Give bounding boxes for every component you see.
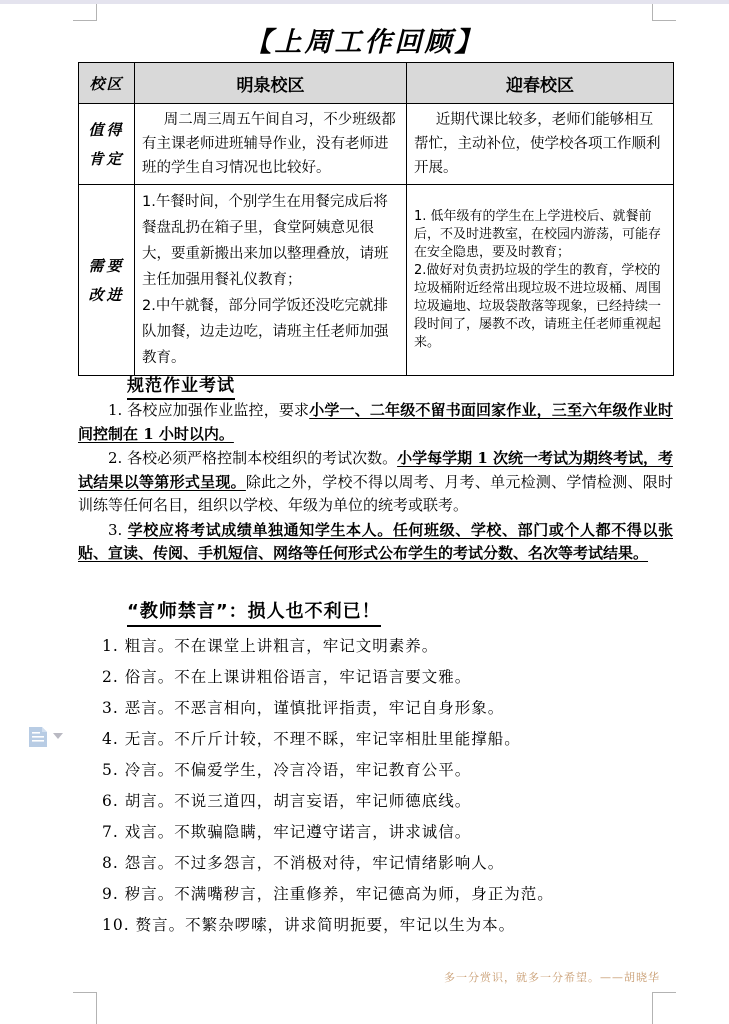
paragraph-text: 1. 各校应加强作业监控，要求	[108, 401, 309, 419]
table-header-row: 校区 明泉校区 迎春校区	[79, 63, 674, 104]
document-title: 【上周工作回顾】	[0, 20, 729, 59]
row-label-line: 改进	[86, 284, 127, 305]
table-corner-header: 校区	[79, 63, 135, 104]
row-label-line: 肯定	[86, 148, 127, 169]
homework-exam-section-heading: 规范作业考试	[127, 371, 235, 400]
teacher-taboo-list: 1. 粗言。不在课堂上讲粗言，牢记文明素养。 2. 俗言。不在上课讲粗俗语言，牢…	[102, 638, 667, 948]
taboo-item-4: 4. 无言。不斤斤计较，不理不睬，牢记宰相肚里能撑船。	[102, 731, 667, 747]
paste-options-icon[interactable]	[28, 726, 48, 748]
table-header-yingchun-campus: 迎春校区	[407, 63, 674, 104]
taboo-item-10: 10. 赘言。不繁杂啰嗦，讲求简明扼要，牢记以生为本。	[102, 917, 667, 933]
footer-quote: 多一分赏识，就多一分希望。——胡晓华	[444, 969, 660, 985]
margin-mark-bottom-right	[652, 992, 676, 993]
teacher-taboo-section-heading: “教师禁言”：损人也不利已！	[127, 597, 381, 627]
row-label-needs-improvement: 需要 改进	[79, 185, 135, 376]
paragraph-emphasis: 学校应将考试成绩单独通知学生本人。任何班级、学校、部门或个人都不得以张贴、宣读、…	[78, 521, 673, 563]
homework-paragraph-2: 2. 各校必须严格控制本校组织的考试次数。小学每学期 1 次统一考试为期终考试，…	[78, 447, 673, 518]
margin-mark-top-left	[96, 4, 97, 21]
taboo-item-5: 5. 冷言。不偏爱学生，冷言冷语，牢记教育公平。	[102, 762, 667, 778]
cell-paragraph: 近期代课比较多，老师们能够相互帮忙，主动补位，使学校各项工作顺利开展。	[414, 108, 666, 180]
weekly-review-table: 校区 明泉校区 迎春校区 值得 肯定 周二周三周五午间自习，不少班级都有主课老师…	[78, 62, 674, 376]
cell-yingchun-affirm: 近期代课比较多，老师们能够相互帮忙，主动补位，使学校各项工作顺利开展。	[407, 104, 674, 185]
cell-paragraph: 2.做好对负责扔垃圾的学生的教育，学校的垃圾桶附近经常出现垃圾不进垃圾桶、周围垃…	[414, 262, 666, 352]
taboo-item-1: 1. 粗言。不在课堂上讲粗言，牢记文明素养。	[102, 638, 667, 654]
margin-mark-bottom-right	[652, 992, 653, 1024]
cell-paragraph: 1. 低年级有的学生在上学进校后、就餐前后，不及时进教室，在校园内游荡，可能存在…	[414, 208, 666, 262]
table-row-needs-improvement: 需要 改进 1.午餐时间，个别学生在用餐完成后将餐盘乱扔在箱子里，食堂阿姨意见很…	[79, 185, 674, 376]
paragraph-text: 2. 各校必须严格控制本校组织的考试次数。	[108, 449, 397, 467]
homework-paragraph-3: 3. 学校应将考试成绩单独通知学生本人。任何班级、学校、部门或个人都不得以张贴、…	[78, 519, 673, 566]
table-row-worth-affirming: 值得 肯定 周二周三周五午间自习，不少班级都有主课老师进班辅导作业，没有老师进班…	[79, 104, 674, 185]
homework-exam-paragraphs: 1. 各校应加强作业监控，要求小学一、二年级不留书面回家作业，三至六年级作业时间…	[78, 399, 673, 567]
cell-paragraph: 1.午餐时间，个别学生在用餐完成后将餐盘乱扔在箱子里，食堂阿姨意见很大，要重新搬…	[142, 189, 399, 293]
taboo-item-2: 2. 俗言。不在上课讲粗俗语言，牢记语言要文雅。	[102, 669, 667, 685]
margin-mark-bottom-left	[96, 992, 97, 1024]
cell-paragraph: 2.中午就餐，部分同学饭还没吃完就排队加餐，边走边吃，请班主任老师加强教育。	[142, 293, 399, 371]
margin-mark-top-right	[652, 4, 653, 21]
paragraph-text: 3.	[108, 521, 128, 539]
taboo-item-6: 6. 胡言。不说三道四，胡言妄语，牢记师德底线。	[102, 793, 667, 809]
table-header-mingquan-campus: 明泉校区	[135, 63, 407, 104]
taboo-item-9: 9. 秽言。不满嘴秽言，注重修养，牢记德高为师，身正为范。	[102, 886, 667, 902]
taboo-item-8: 8. 怨言。不过多怨言，不消极对待，牢记情绪影响人。	[102, 855, 667, 871]
taboo-item-7: 7. 戏言。不欺骗隐瞒，牢记遵守诺言，讲求诚信。	[102, 824, 667, 840]
row-label-line: 需要	[86, 255, 127, 276]
page-gap-strip	[0, 0, 729, 4]
paste-options-dropdown-icon[interactable]	[53, 733, 63, 739]
margin-mark-bottom-left	[73, 992, 97, 993]
row-label-worth-affirming: 值得 肯定	[79, 104, 135, 185]
cell-mingquan-improve: 1.午餐时间，个别学生在用餐完成后将餐盘乱扔在箱子里，食堂阿姨意见很大，要重新搬…	[135, 185, 407, 376]
cell-yingchun-improve: 1. 低年级有的学生在上学进校后、就餐前后，不及时进教室，在校园内游荡，可能存在…	[407, 185, 674, 376]
cell-mingquan-affirm: 周二周三周五午间自习，不少班级都有主课老师进班辅导作业，没有老师进班的学生自习情…	[135, 104, 407, 185]
word-document-page: 【上周工作回顾】 校区 明泉校区 迎春校区 值得 肯定 周二周三周五午间自习，不…	[0, 0, 729, 1024]
cell-paragraph: 周二周三周五午间自习，不少班级都有主课老师进班辅导作业，没有老师进班的学生自习情…	[142, 108, 399, 180]
row-label-line: 值得	[86, 119, 127, 140]
homework-paragraph-1: 1. 各校应加强作业监控，要求小学一、二年级不留书面回家作业，三至六年级作业时间…	[78, 399, 673, 446]
taboo-item-3: 3. 恶言。不恶言相向，谨慎批评指责，牢记自身形象。	[102, 700, 667, 716]
